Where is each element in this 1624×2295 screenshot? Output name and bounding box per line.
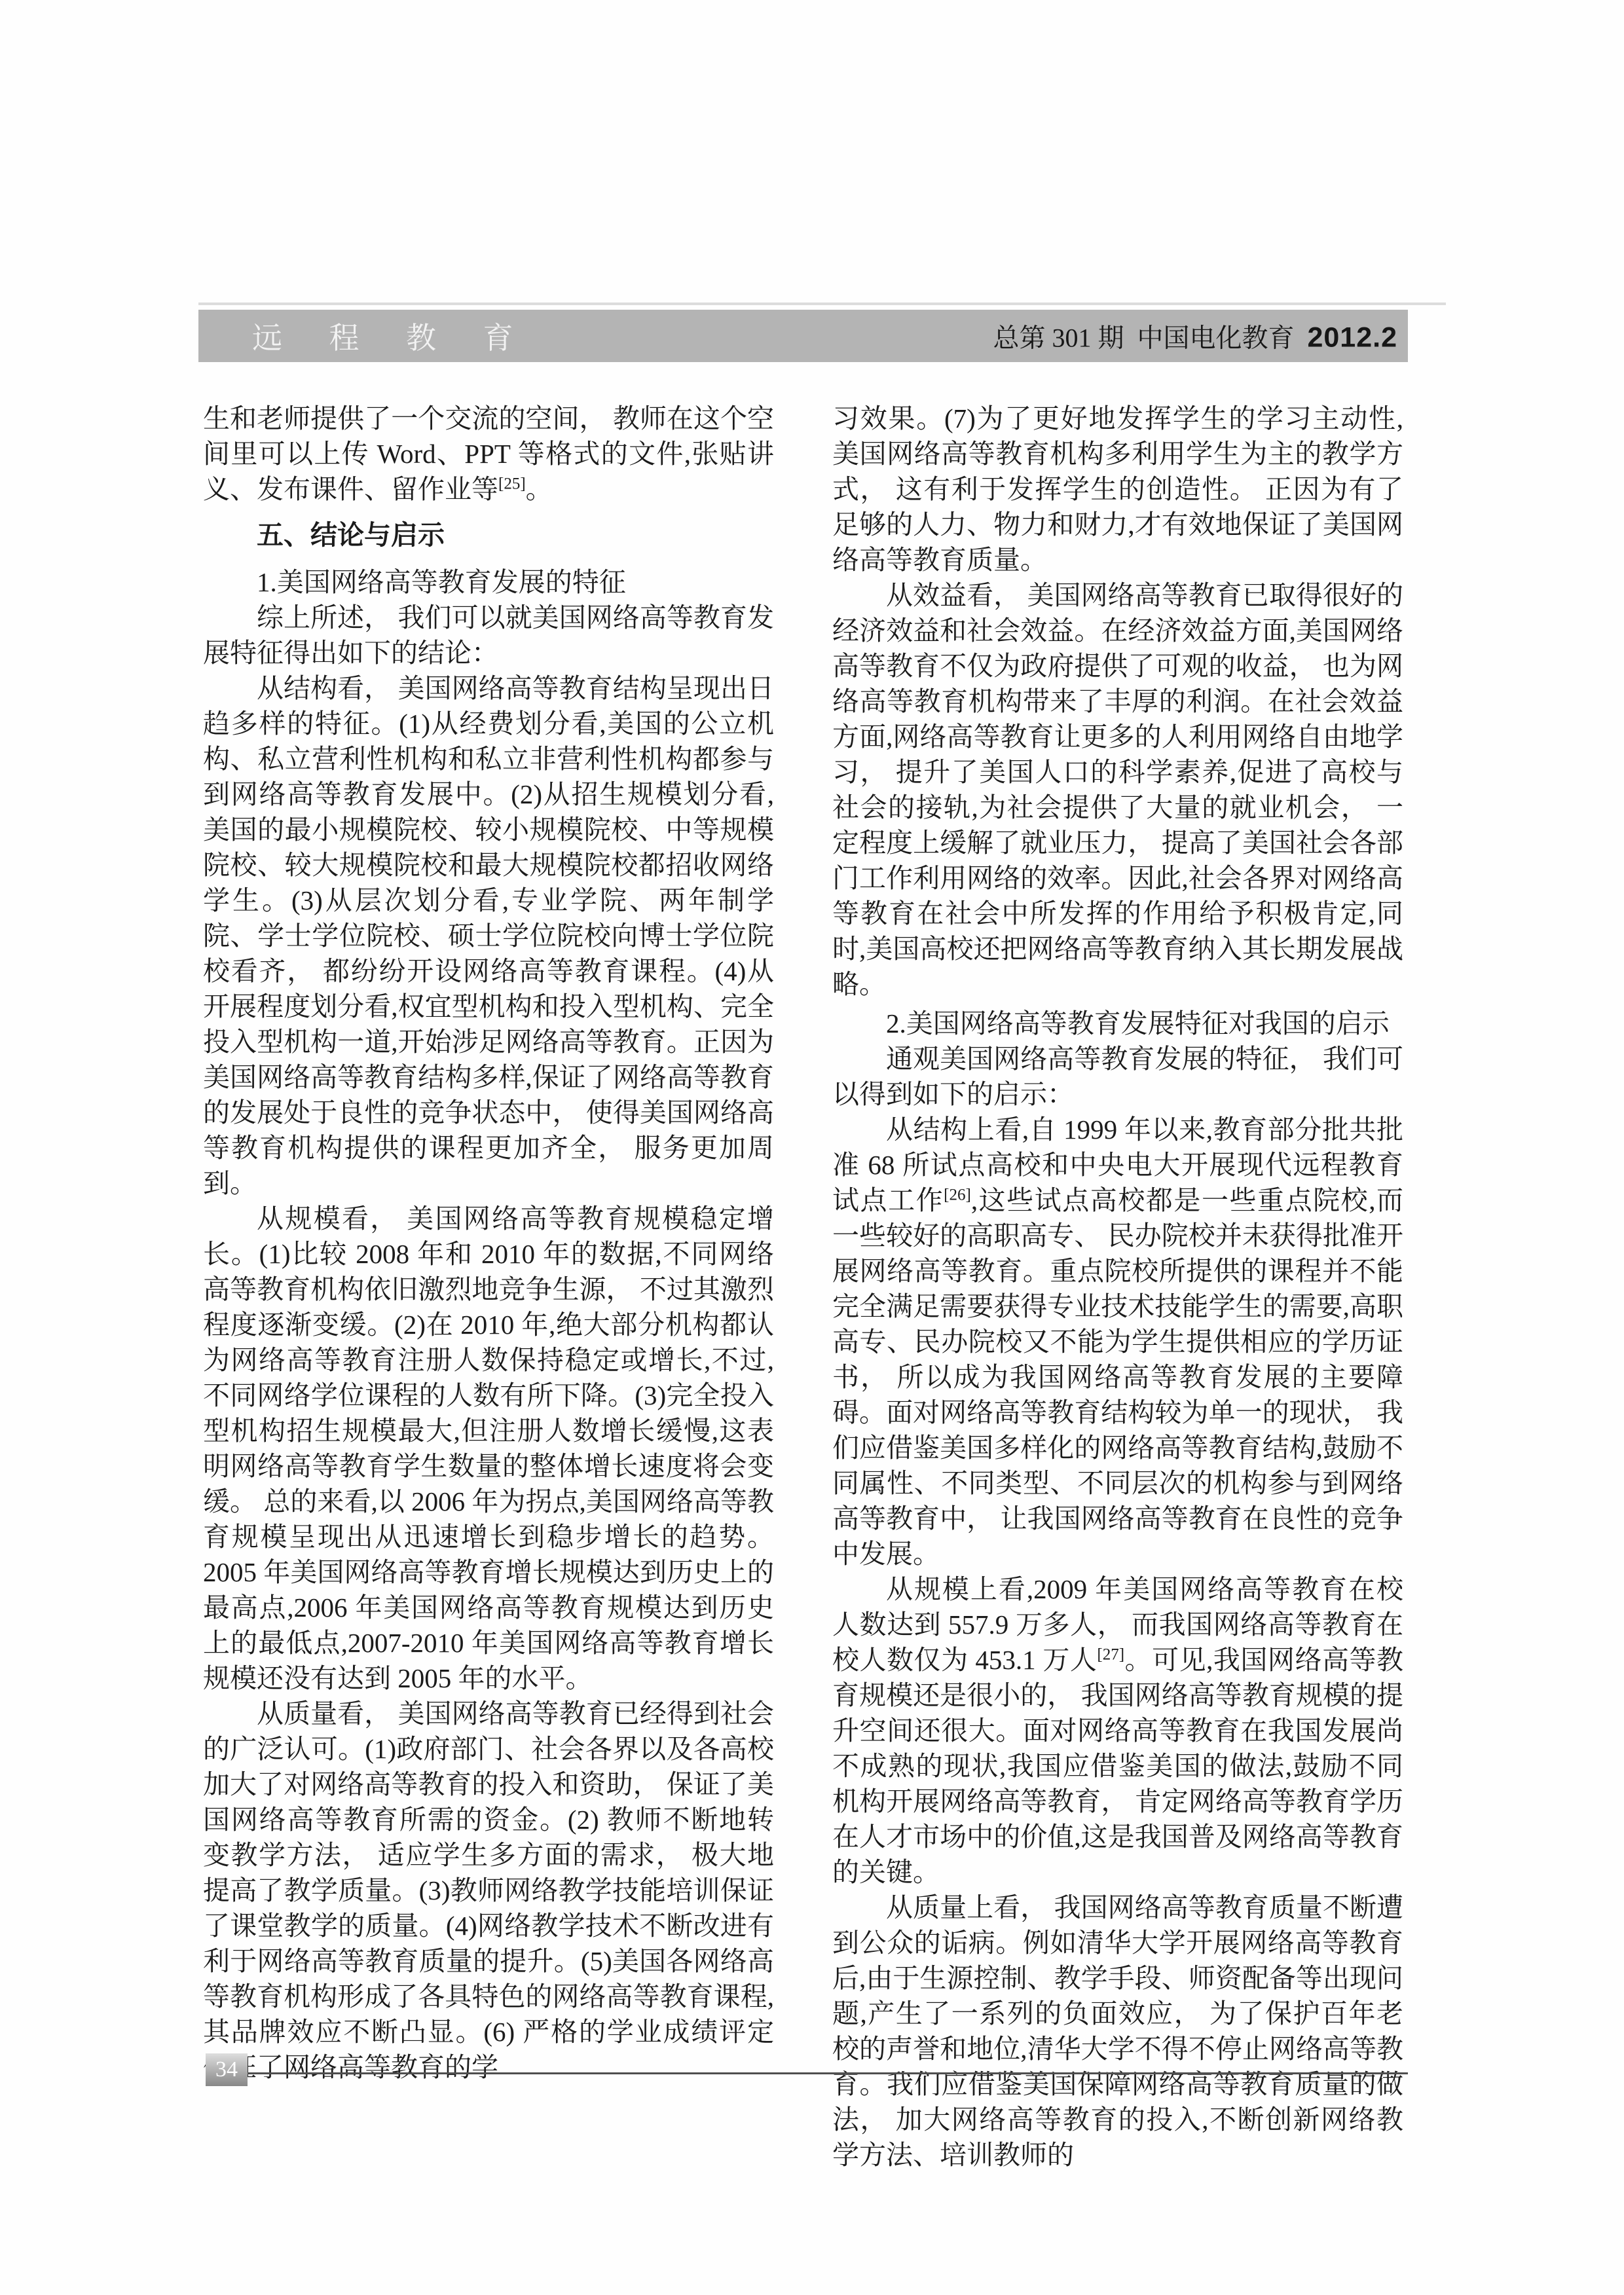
journal-name: 中国电化教育	[1137, 318, 1294, 355]
section-heading: 1.美国网络高等教育发展的特征	[203, 564, 774, 600]
citation-ref: [27]	[1097, 1645, 1124, 1663]
page-number-badge: 34	[206, 2053, 248, 2086]
right-column: 习效果。(7)为了更好地发挥学生的学习主动性,美国网络高等教育机构多利用学生为主…	[832, 401, 1403, 2173]
paragraph: 综上所述， 我们可以就美国网络高等教育发展特征得出如下的结论：	[203, 600, 774, 670]
paragraph: 从效益看， 美国网络高等教育已取得很好的经济效益和社会效益。在经济效益方面,美国…	[832, 578, 1403, 1002]
paragraph: 生和老师提供了一个交流的空间， 教师在这个空间里可以上传 Word、PPT 等格…	[203, 401, 774, 507]
header-top-rule	[198, 303, 1446, 305]
paragraph: 从质量看， 美国网络高等教育已经得到社会的广泛认可。(1)政府部门、社会各界以及…	[203, 1696, 774, 2085]
citation-ref: [26]	[944, 1186, 971, 1203]
section-heading: 五、结论与启示	[203, 517, 774, 553]
citation-ref: [25]	[498, 475, 526, 492]
footer-rule	[248, 2072, 1408, 2074]
paragraph: 从结构上看,自 1999 年以来,教育部分批共批准 68 所试点高校和中央电大开…	[832, 1112, 1403, 1571]
section-title: 远 程 教 育	[252, 314, 533, 358]
issue-number-label: 总第 301 期	[993, 318, 1124, 355]
paragraph: 从结构看， 美国网络高等教育结构呈现出日趋多样的特征。(1)从经费划分看,美国的…	[203, 670, 774, 1201]
paragraph: 习效果。(7)为了更好地发挥学生的学习主动性,美国网络高等教育机构多利用学生为主…	[832, 401, 1403, 578]
header-bar: 远 程 教 育 总第 301 期 中国电化教育 2012.2	[198, 310, 1408, 362]
journal-info: 总第 301 期 中国电化教育 2012.2	[993, 318, 1397, 355]
section-heading: 2.美国网络高等教育发展特征对我国的启示	[832, 1006, 1403, 1041]
left-column: 生和老师提供了一个交流的空间， 教师在这个空间里可以上传 Word、PPT 等格…	[203, 401, 774, 2085]
paragraph: 从质量上看， 我国网络高等教育质量不断遭到公众的诟病。例如清华大学开展网络高等教…	[832, 1890, 1403, 2173]
paragraph: 从规模看， 美国网络高等教育规模稳定增长。(1)比较 2008 年和 2010 …	[203, 1201, 774, 1696]
paragraph: 从规模上看,2009 年美国网络高等教育在校人数达到 557.9 万多人， 而我…	[832, 1571, 1403, 1890]
paragraph: 通观美国网络高等教育发展的特征， 我们可以得到如下的启示：	[832, 1041, 1403, 1112]
issue-date: 2012.2	[1307, 322, 1397, 354]
